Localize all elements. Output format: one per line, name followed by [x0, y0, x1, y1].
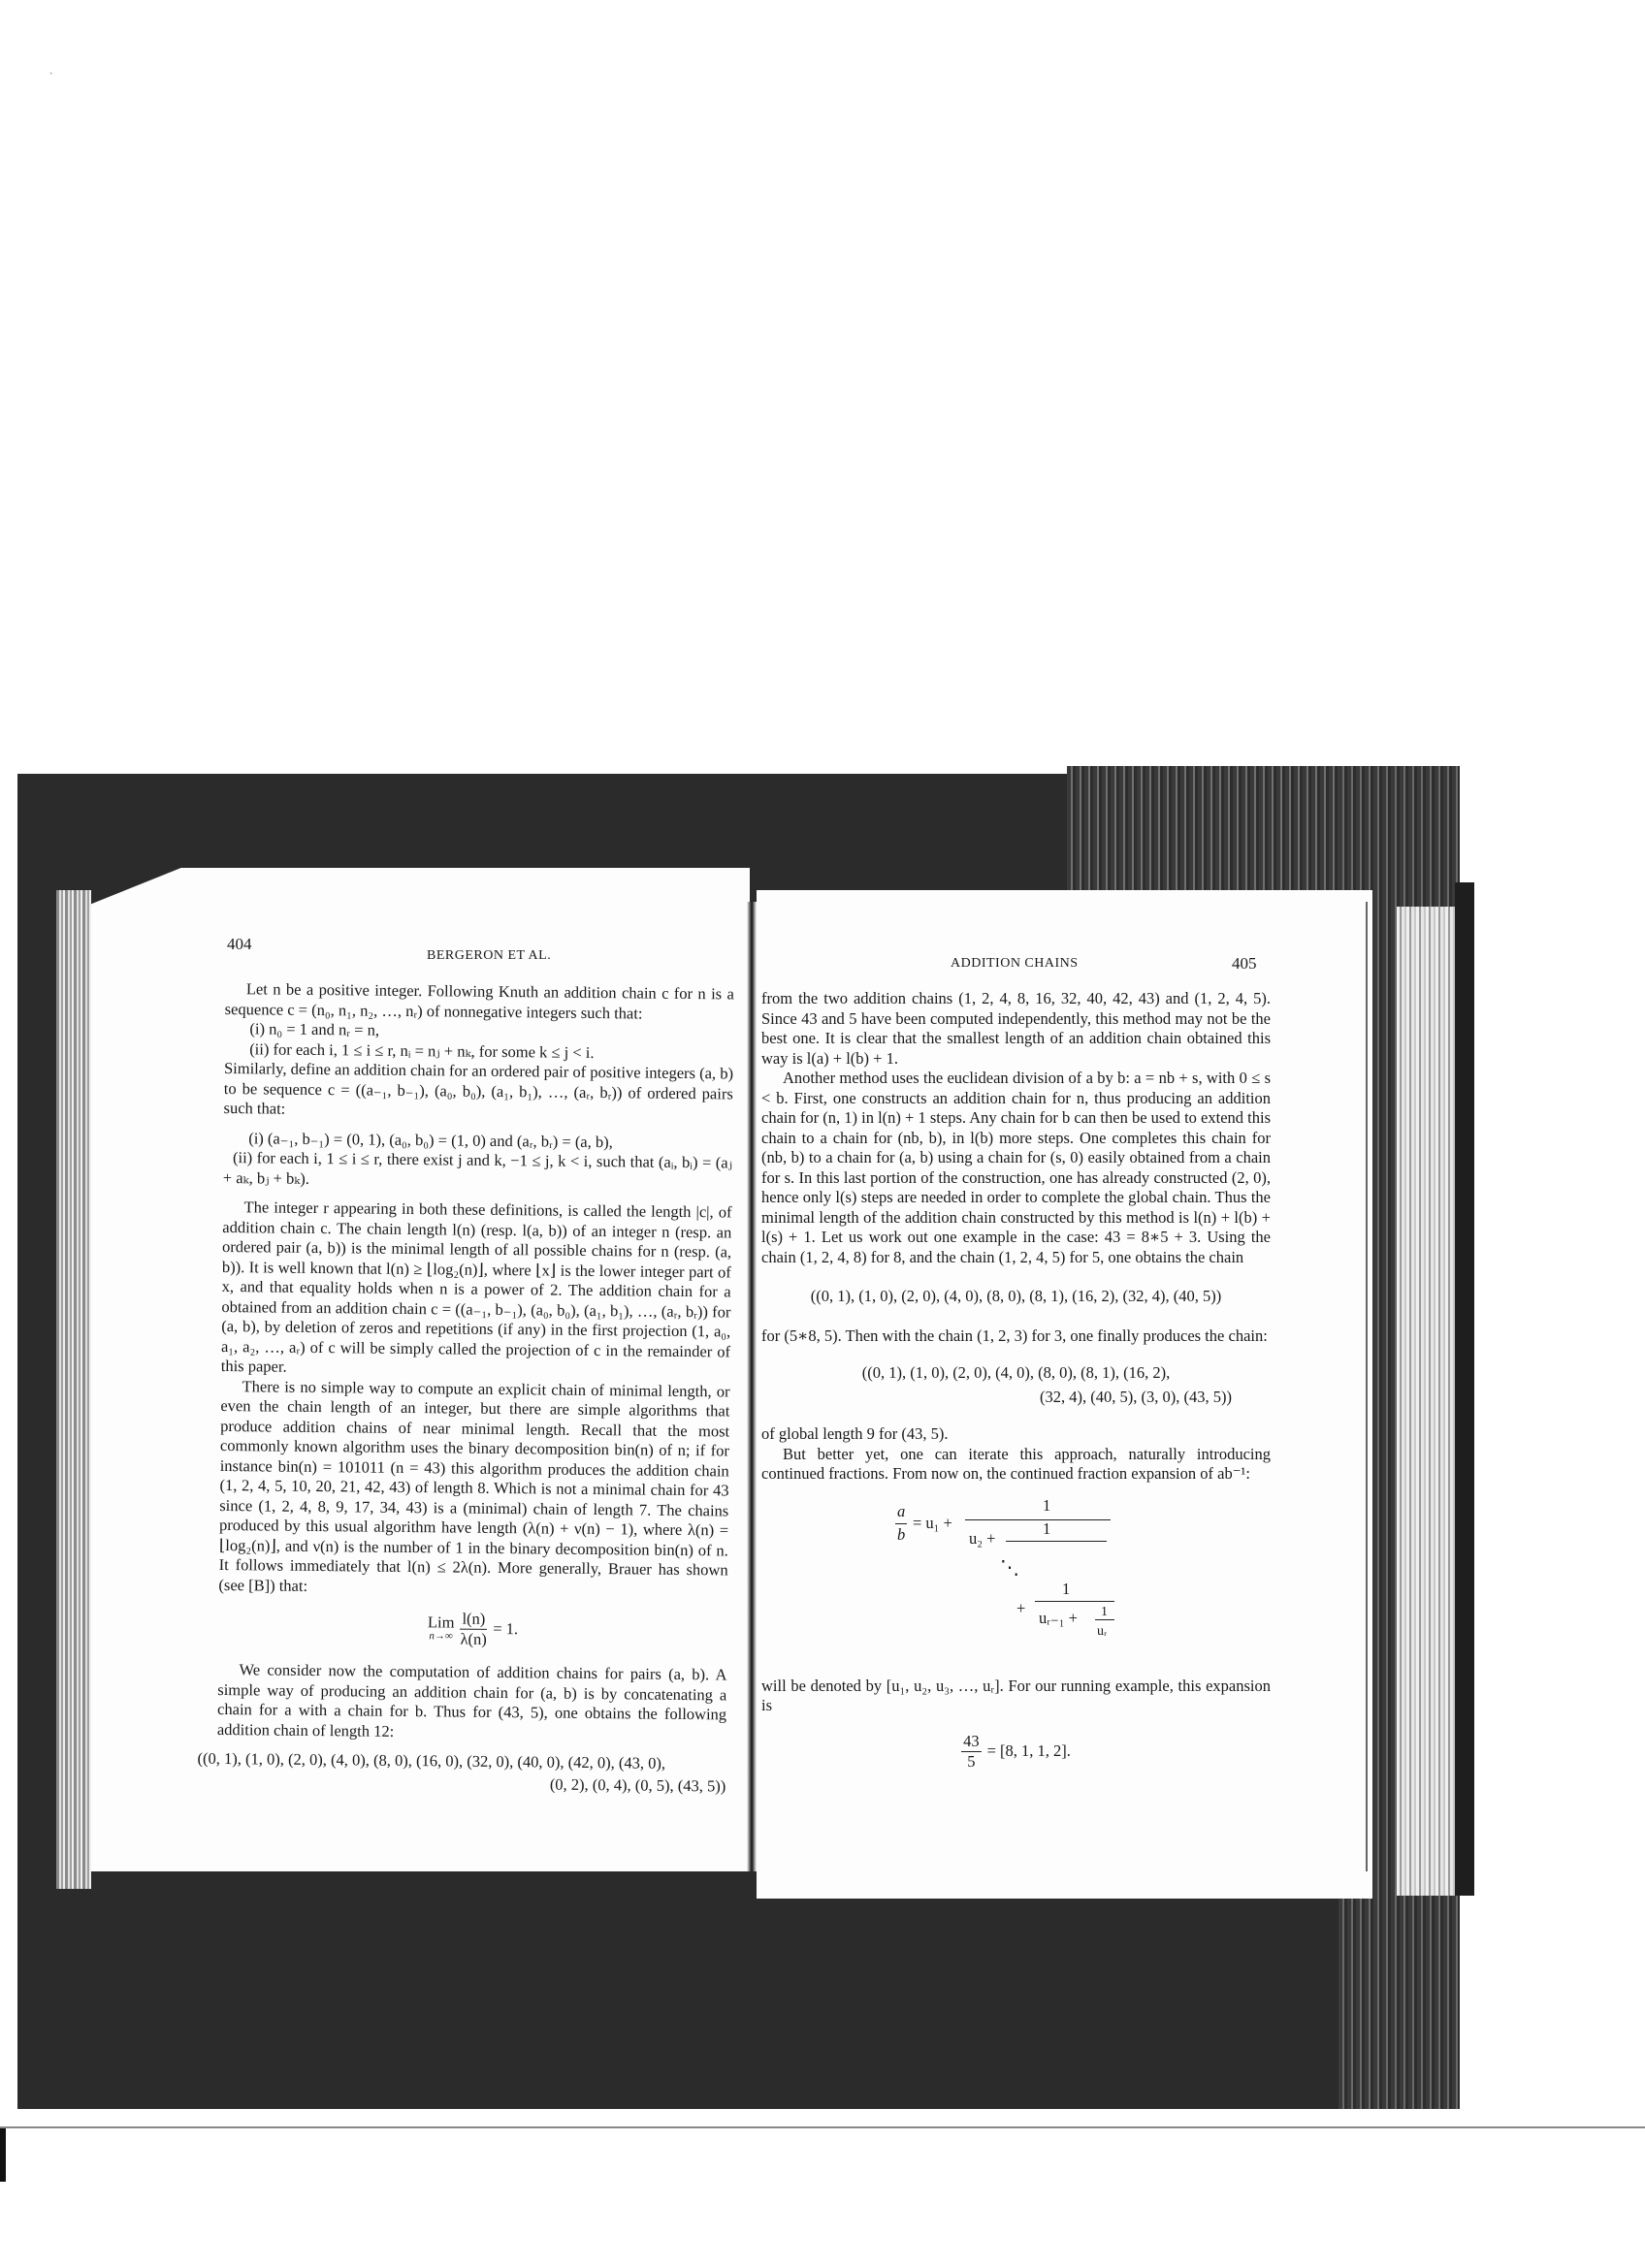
- example-numerator: 43: [961, 1732, 982, 1752]
- paragraph: Let n be a positive integer. Following K…: [225, 979, 734, 1024]
- example-rhs: = [8, 1, 1, 2].: [987, 1741, 1071, 1762]
- chain-length-12-line1: ((0, 1), (1, 0), (2, 0), (4, 0), (8, 0),…: [197, 1749, 726, 1774]
- scan-border: [0, 2126, 1645, 2128]
- page-edges-right: [1397, 907, 1455, 1896]
- paragraph: There is no simple way to compute an exp…: [218, 1376, 729, 1600]
- book-gutter: [747, 902, 757, 1871]
- cover-edge-right: [1455, 882, 1474, 1896]
- paragraph: The integer r appearing in both these de…: [221, 1198, 732, 1382]
- cf-ellipsis: ⋱: [1000, 1558, 1019, 1579]
- paragraph: from the two addition chains (1, 2, 4, 8…: [761, 989, 1271, 1069]
- example-denominator: 5: [967, 1752, 975, 1772]
- running-head-right: ADDITION CHAINS: [951, 956, 1079, 972]
- cf-plus: +: [1016, 1599, 1025, 1619]
- page-edges-left: [56, 890, 91, 1889]
- cf-ur: uᵣ: [1097, 1622, 1107, 1643]
- limit-denominator: λ(n): [460, 1630, 486, 1649]
- scan-speck: ·: [48, 66, 53, 83]
- page-number-right: 405: [1232, 954, 1257, 974]
- limit-label: Lim: [428, 1615, 455, 1629]
- page-number-left: 404: [227, 935, 252, 954]
- page-shadow-line: [1366, 902, 1368, 1871]
- chain-length-12-line2: (0, 2), (0, 4), (0, 5), (43, 5)): [216, 1771, 726, 1796]
- right-page-body: from the two addition chains (1, 2, 4, 8…: [761, 989, 1271, 1785]
- left-page-body: Let n be a positive integer. Following K…: [216, 979, 734, 1798]
- limit-numerator: l(n): [460, 1610, 487, 1630]
- cf-u2: u₂ +: [969, 1529, 995, 1549]
- cf-lhs-denominator: b: [897, 1525, 905, 1546]
- list-item: (ii) for each i, 1 ≤ i ≤ r, there exist …: [223, 1148, 732, 1193]
- paragraph: will be denoted by [u₁, u₂, u₃, …, uᵣ]. …: [761, 1677, 1271, 1716]
- cf-one: 1: [1062, 1580, 1070, 1600]
- cf-lhs-numerator: a: [897, 1502, 905, 1522]
- chain-for-40-5: ((0, 1), (1, 0), (2, 0), (4, 0), (8, 0),…: [761, 1287, 1271, 1307]
- cf-one: 1: [1043, 1496, 1050, 1517]
- brauer-limit-formula: Lim n→∞ l(n) λ(n) = 1.: [218, 1607, 727, 1651]
- continued-fraction-formula: a b = u₁ + 1 u₂ + 1 ⋱ + 1 uᵣ₋₁ + 1 uᵣ: [761, 1496, 1271, 1661]
- scan-edge: [0, 2128, 6, 2182]
- cf-ur-minus-1: uᵣ₋₁ +: [1039, 1609, 1078, 1629]
- paragraph: But better yet, one can iterate this app…: [761, 1445, 1271, 1485]
- chain-for-43-5-line2: (32, 4), (40, 5), (3, 0), (43, 5)): [761, 1388, 1232, 1408]
- paragraph: Similarly, define an addition chain for …: [223, 1059, 733, 1124]
- limit-subscript: n→∞: [429, 1629, 452, 1643]
- paragraph: Another method uses the euclidean divisi…: [761, 1069, 1271, 1267]
- paragraph: We consider now the computation of addit…: [217, 1660, 727, 1744]
- chain-for-43-5-line1: ((0, 1), (1, 0), (2, 0), (4, 0), (8, 0),…: [761, 1363, 1271, 1384]
- cf-one: 1: [1043, 1519, 1050, 1540]
- running-head-left: BERGERON ET AL.: [427, 948, 551, 964]
- limit-rhs: = 1.: [493, 1619, 518, 1640]
- paragraph: for (5∗8, 5). Then with the chain (1, 2,…: [761, 1326, 1271, 1347]
- paragraph: of global length 9 for (43, 5).: [761, 1424, 1271, 1445]
- example-expansion: 43 5 = [8, 1, 1, 2].: [761, 1732, 1271, 1772]
- cf-u1: = u₁ +: [913, 1514, 952, 1534]
